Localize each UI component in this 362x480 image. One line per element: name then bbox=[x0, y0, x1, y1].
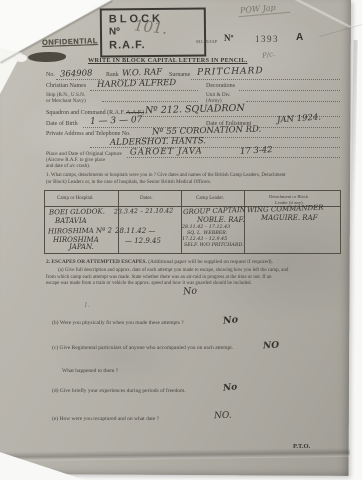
rule-decorations bbox=[239, 90, 340, 91]
row1-camp-line2: BATAVIA bbox=[55, 217, 87, 225]
q1-text-line2: (or Block) Leaders or, in the case of ho… bbox=[46, 180, 211, 185]
row1-dates: 23.3.42 – 21.10.42 bbox=[114, 207, 173, 215]
what-happened-label: What happened to them ? bbox=[62, 368, 118, 374]
rule-surname bbox=[191, 79, 340, 80]
q2c-label: (c) Give Regimental particulars of anyon… bbox=[52, 345, 233, 351]
block-stamp-no: Nº bbox=[109, 26, 120, 37]
form-serial-number: 1393 bbox=[255, 34, 279, 44]
row2-camp-line1: HIROSHIMA Nº 2 bbox=[48, 226, 112, 235]
ml-reference: M.L. 9/JAP bbox=[196, 39, 217, 44]
capture-date-value: 17 3-42 bbox=[240, 145, 273, 157]
service-no-value: 364908 bbox=[60, 68, 93, 79]
row2-leader-line1: 28.11.42 – 17.12.43 bbox=[182, 225, 230, 230]
christian-names-label: Christian Names bbox=[46, 83, 86, 89]
scanned-pow-questionnaire: POW Jap BLOCK Nº R.A.F. 101. M.L. 9/JAP … bbox=[0, 0, 362, 480]
row1-leader-line2: NOBLE. RAF. bbox=[197, 216, 245, 224]
form-no-symbol: Nº bbox=[224, 33, 233, 43]
row2-leader-line3: 17.12.43 – 12.9.45 bbox=[182, 237, 227, 242]
row2-leader-line4: SELF. W/O PRITCHARD. bbox=[184, 243, 244, 248]
rule-christian-names bbox=[90, 90, 198, 91]
rule-capture bbox=[127, 157, 340, 158]
right-edge-streak bbox=[350, 40, 357, 225]
table-column-divider bbox=[181, 191, 182, 253]
row2-camp-line3: JAPAN. bbox=[69, 243, 94, 251]
rule-ship bbox=[102, 101, 198, 102]
address-label: Private Address and Telephone No. bbox=[46, 131, 131, 137]
capture-label-line3: and date of a/c crash). bbox=[46, 164, 90, 169]
rule-enlist bbox=[257, 127, 340, 128]
surname-value: PRITCHARD bbox=[197, 66, 264, 78]
row2-dates-line2: — 12.9.45 bbox=[125, 237, 161, 245]
dob-value: 1 — 3 — 07 bbox=[90, 115, 143, 127]
capture-label-line2: (Aircrew R.A.F. to give place bbox=[46, 158, 105, 163]
pto-label: P.T.O. bbox=[293, 443, 310, 450]
rank-value: W.O. RAF bbox=[122, 67, 163, 78]
service-no-label: No. bbox=[46, 72, 55, 78]
dob-label: Date of Birth bbox=[46, 121, 78, 127]
row1-camp-line1: BOEI GLODOK. bbox=[49, 208, 105, 217]
q2e-label: (e) How were you recaptured and on what … bbox=[52, 416, 159, 422]
q2e-answer: NO. bbox=[214, 411, 232, 422]
q1-text-line1: 1. What camps, detachments or hospitals … bbox=[46, 173, 286, 178]
block-stamp-handwritten-number: 101. bbox=[133, 16, 168, 38]
form-series-letter: A bbox=[296, 32, 303, 43]
q2a-line3: escape was made from a train or vehicle … bbox=[46, 281, 252, 286]
row2-dates-line1: 28.11.42 — bbox=[115, 227, 155, 235]
q2a-line1: (a) Give full description and approx. da… bbox=[58, 268, 288, 273]
row2-leader-line2: SQ. L. WEBBER. bbox=[187, 231, 227, 236]
paper-tear-chip bbox=[15, 54, 27, 62]
christian-names-value: HAROLD ALFRED bbox=[97, 78, 176, 90]
paper-tear-hole bbox=[28, 52, 66, 62]
row1-block-line1: WING COMMANDER bbox=[247, 204, 324, 215]
block-number-stamp: BLOCK Nº R.A.F. 101. bbox=[100, 7, 207, 57]
table-header-block-line1: Detachment or Block bbox=[269, 194, 308, 199]
q2b-answer: No bbox=[222, 314, 238, 327]
q2c-answer: NO bbox=[263, 341, 280, 352]
block-stamp-raf: R.A.F. bbox=[109, 39, 146, 51]
q2d-label: (d) Give briefly your experiences during… bbox=[52, 388, 186, 394]
q2-heading-main: 2. ESCAPES OR ATTEMPTED ESCAPES. bbox=[46, 259, 147, 265]
table-header-dates: Dates. bbox=[140, 196, 153, 201]
faint-numeral: 1. bbox=[84, 302, 90, 309]
q2-heading-note: (Additional paper will be supplied on re… bbox=[148, 259, 273, 265]
row1-leader-line1: GROUP CAPTAIN bbox=[183, 206, 246, 216]
table-header-camp: Camp or Hospital. bbox=[57, 196, 94, 201]
capture-label-line1: Place and Date of Original Capture bbox=[46, 151, 122, 157]
ship-label-line2: or Merchant Navy) bbox=[46, 98, 86, 104]
table-column-divider bbox=[118, 191, 119, 253]
q2b-label: (b) Were you physically fit when you mad… bbox=[52, 320, 184, 326]
q2a-line2: from which camp each attempt was made. S… bbox=[46, 275, 272, 280]
q2a-answer: No bbox=[183, 286, 198, 298]
row1-block-line2: MAGUIRE. RAF bbox=[261, 214, 318, 222]
table-header-leader: Camp Leader. bbox=[196, 196, 224, 201]
q2-heading: 2. ESCAPES OR ATTEMPTED ESCAPES. (Additi… bbox=[46, 259, 273, 265]
rule-unit bbox=[246, 101, 340, 102]
decorations-label: Decorations bbox=[206, 83, 235, 89]
instruction-heading: WRITE IN BLOCK CAPITAL LETTERS IN PENCIL… bbox=[88, 57, 248, 64]
q2d-answer: No bbox=[223, 382, 238, 393]
rank-label: Rank bbox=[106, 72, 119, 78]
capture-place-value: GAROET JAVA bbox=[130, 146, 203, 157]
camps-table: Camp or Hospital. Dates. Camp Leader. De… bbox=[44, 190, 341, 254]
